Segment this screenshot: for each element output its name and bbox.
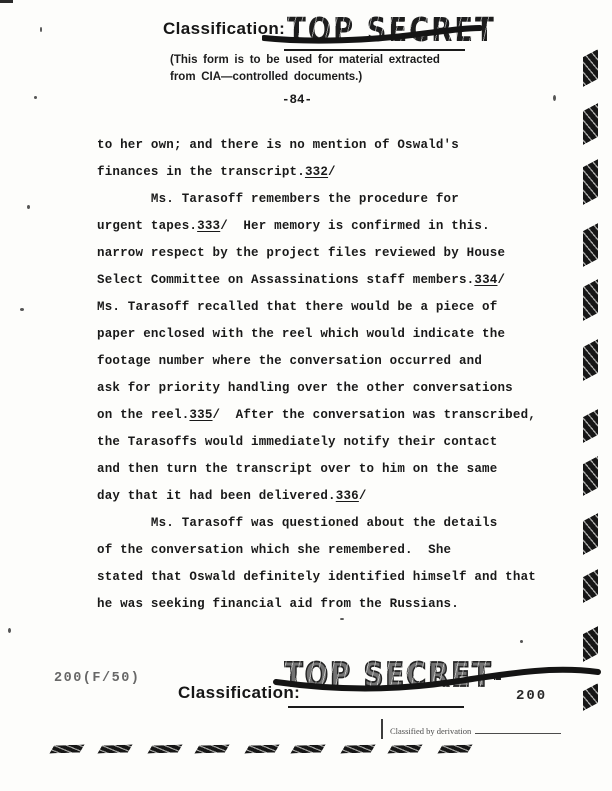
body-text: to her own; and there is no mention of O… — [97, 138, 536, 624]
footnote-ref: 334 — [474, 273, 497, 287]
text-line: and then turn the transcript over to him… — [97, 462, 536, 489]
bottom-edge-dash — [49, 744, 84, 753]
text-line: ask for priority handling over the other… — [97, 381, 536, 408]
text-line: urgent tapes.333/ Her memory is confirme… — [97, 219, 536, 246]
scanned-document-page: Classification: TOP SECRET (This form is… — [0, 0, 612, 791]
text-line: he was seeking financial aid from the Ru… — [97, 597, 536, 624]
text-line: narrow respect by the project files revi… — [97, 246, 536, 273]
binding-edge-mark — [583, 279, 598, 321]
noise-speck — [20, 308, 24, 311]
binding-edge-mark — [583, 513, 598, 555]
classified-by-blank — [475, 725, 561, 734]
classification-blank-line-top — [284, 49, 465, 51]
bottom-edge-dash — [97, 744, 132, 753]
stamp-text-bottom: TOP SECRET — [284, 656, 493, 694]
footnote-ref: 336 — [336, 489, 359, 503]
text-line: paper enclosed with the reel which would… — [97, 327, 536, 354]
noise-speck — [553, 95, 556, 101]
classification-label-top: Classification: — [163, 19, 285, 39]
text-line: Ms. Tarasoff was questioned about the de… — [97, 516, 536, 543]
bottom-edge-dash — [194, 744, 229, 753]
text-line: of the conversation which she remembered… — [97, 543, 536, 570]
noise-speck — [520, 640, 523, 643]
form-usage-note: (This form is to be used for material ex… — [170, 52, 440, 86]
binding-edge-mark — [583, 626, 598, 662]
noise-speck — [34, 96, 37, 99]
footnote-ref: 335 — [189, 408, 212, 422]
scan-edge-artifact — [0, 0, 13, 3]
binding-edge-mark — [583, 569, 598, 603]
text-line: on the reel.335/ After the conversation … — [97, 408, 536, 435]
classification-label-bottom: Classification: — [178, 683, 300, 703]
noise-speck — [340, 618, 344, 620]
stray-tick-mark — [381, 719, 383, 739]
form-note-line1: (This form is to be used for material ex… — [170, 52, 440, 69]
bottom-edge-dash — [290, 744, 325, 753]
text-line: footage number where the conversation oc… — [97, 354, 536, 381]
classification-blank-line-bottom — [288, 706, 464, 708]
text-line: Select Committee on Assassinations staff… — [97, 273, 536, 300]
bottom-edge-dash — [244, 744, 279, 753]
classified-by-label: Classified by derivation — [390, 726, 471, 736]
text-line: the Tarasoffs would immediately notify t… — [97, 435, 536, 462]
footnote-ref: 332 — [305, 165, 328, 179]
noise-speck — [27, 205, 30, 209]
bottom-edge-dash — [340, 744, 375, 753]
binding-edge-mark — [583, 456, 598, 496]
page-number: -84- — [282, 93, 312, 107]
footnote-ref: 333 — [197, 219, 220, 233]
text-line: day that it had been delivered.336/ — [97, 489, 536, 516]
binding-edge-mark — [583, 409, 598, 443]
binding-edge-mark — [583, 103, 598, 145]
footer-left-number: 200(F/50) — [54, 671, 140, 686]
binding-edge-mark — [583, 49, 598, 87]
text-line: Ms. Tarasoff remembers the procedure for — [97, 192, 536, 219]
bottom-edge-dash — [437, 744, 472, 753]
binding-edge-mark — [583, 683, 598, 711]
text-line: to her own; and there is no mention of O… — [97, 138, 536, 165]
binding-edge-mark — [583, 223, 598, 267]
bottom-edge-dash — [387, 744, 422, 753]
text-line: stated that Oswald definitely identified… — [97, 570, 536, 597]
footer-right-number: 200 — [516, 688, 547, 704]
top-secret-stamp-bottom: TOP SECRET- — [284, 656, 504, 694]
form-note-line2: from CIA—controlled documents.) — [170, 69, 440, 86]
stamp-suffix-dash: - — [493, 662, 504, 693]
stamp-text-top: TOP SECRET — [287, 11, 496, 49]
binding-edge-mark — [583, 159, 598, 205]
binding-edge-mark — [583, 339, 598, 381]
text-line: Ms. Tarasoff recalled that there would b… — [97, 300, 536, 327]
noise-speck — [40, 27, 42, 32]
noise-speck — [8, 628, 11, 633]
classified-by-line: Classified by derivation — [390, 725, 561, 736]
text-line: finances in the transcript.332/ — [97, 165, 536, 192]
bottom-edge-dash — [147, 744, 182, 753]
top-secret-stamp-top: TOP SECRET — [287, 11, 496, 49]
